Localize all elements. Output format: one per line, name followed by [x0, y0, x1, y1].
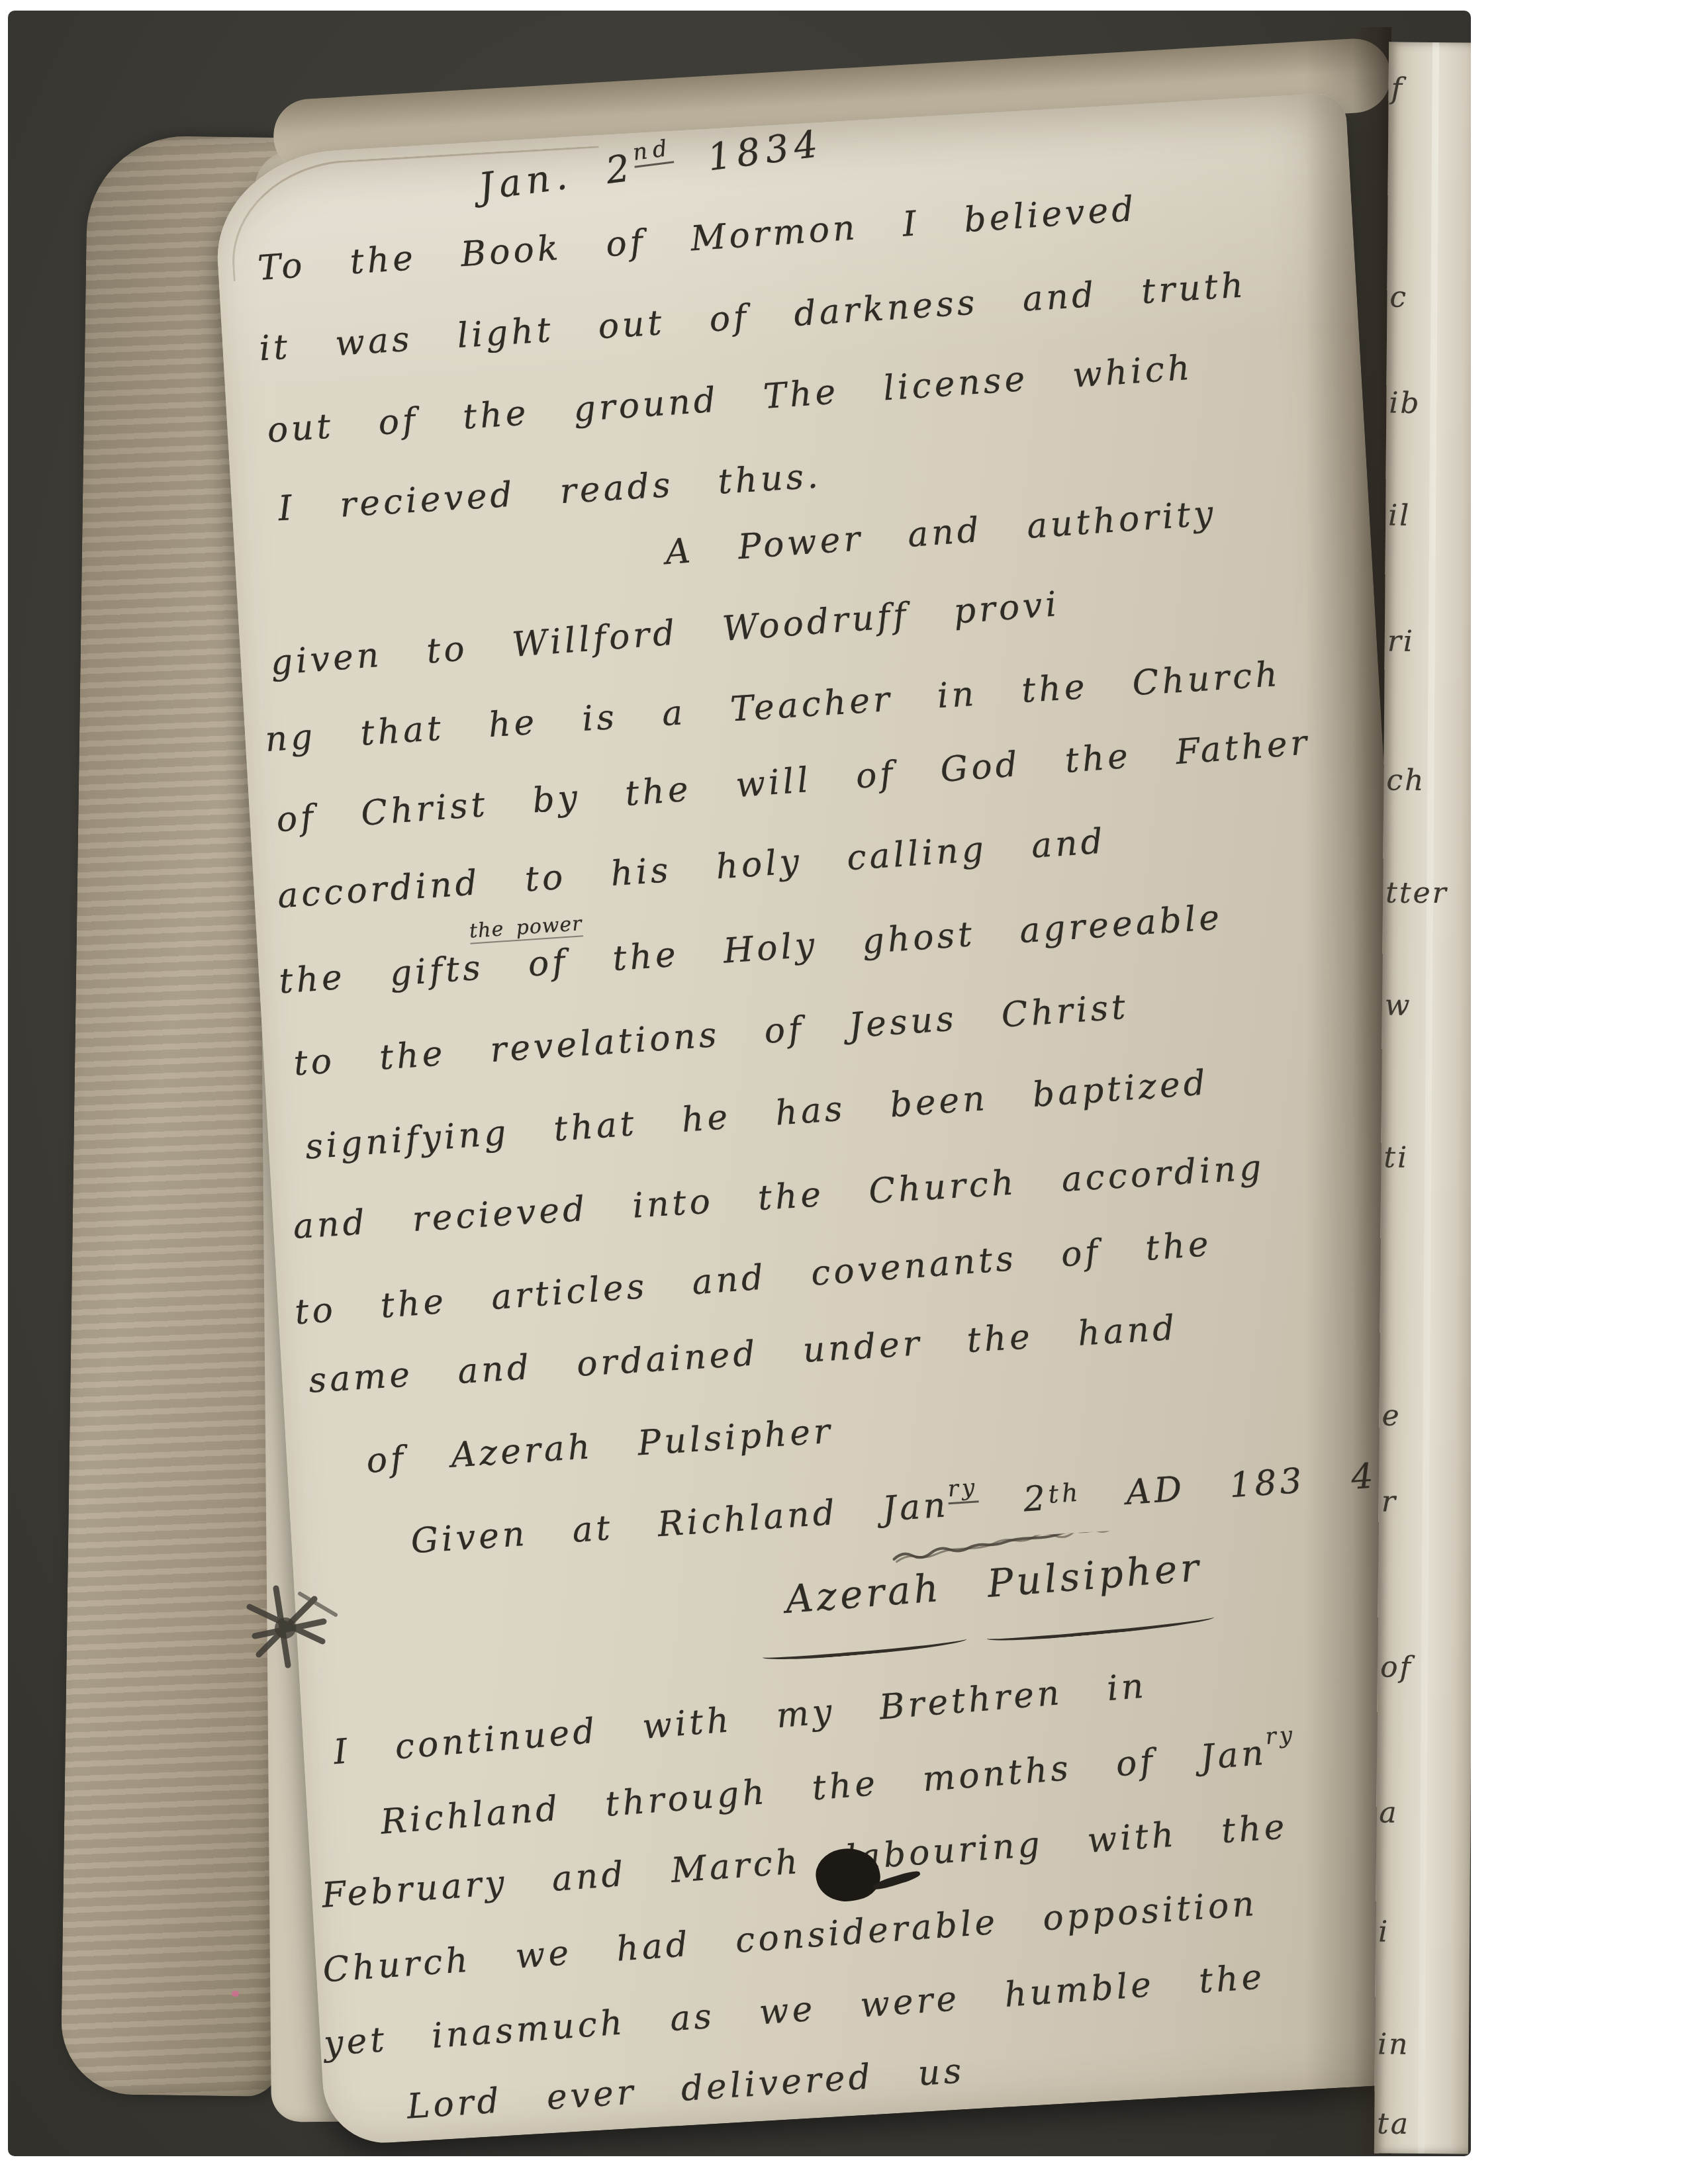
- handwriting-line: of Azerah Pulsipher: [365, 1412, 835, 1481]
- handwriting-line: out of the ground The license which: [266, 348, 1194, 451]
- given-line-pre: Given at Richland Jan: [410, 1485, 951, 1561]
- date-heading-year: 1834: [671, 122, 825, 184]
- signature-underline-flourish: [986, 1612, 1215, 1645]
- facing-page-sliver: f c ib il ri ch tter w ti e r of a i in …: [1374, 42, 1471, 2154]
- handwriting-line: given to Willford Woodruff provi: [269, 584, 1061, 683]
- jan-line-superscript: ry: [1264, 1721, 1296, 1750]
- page-fragment: f: [1391, 72, 1404, 106]
- page-fragment: a: [1379, 1796, 1399, 1830]
- page-fragment: e: [1382, 1399, 1401, 1433]
- pink-fiber-mark: [232, 1991, 239, 1997]
- handwriting-line: To the Book of Mormon I believed: [257, 189, 1139, 289]
- handwriting-line: signifying that he has been baptized: [304, 1063, 1210, 1167]
- gift-line-post: of the Holy ghost agreeable: [527, 897, 1224, 984]
- page-fragment: in: [1378, 2027, 1410, 2061]
- page-fragment: ri: [1387, 625, 1415, 659]
- handwriting-line: Lord ever delivered us: [406, 2051, 966, 2126]
- handwriting-line: same and ordained under the hand: [308, 1308, 1179, 1401]
- page-fragment: il: [1388, 499, 1411, 533]
- given-line-day: 2: [978, 1479, 1050, 1523]
- date-heading-text: Jan. 2: [477, 146, 637, 209]
- handwriting-line-with-insertion: the gifts of the Holy ghost agreeablethe…: [278, 897, 1224, 1001]
- page-fragment: of: [1380, 1651, 1413, 1684]
- page-fragment: i: [1378, 1915, 1389, 1949]
- page-fragment: ti: [1383, 1141, 1409, 1175]
- page-fragment: tter: [1385, 876, 1448, 911]
- jan-superscript: ry: [947, 1474, 978, 1504]
- page-fragment: r: [1382, 1485, 1397, 1519]
- page-fragment: w: [1385, 989, 1412, 1023]
- handwriting-line: to the revelations of Jesus Christ: [293, 987, 1130, 1084]
- asterisk-mark: [236, 1580, 349, 1673]
- interlinear-insertion: the power: [469, 912, 583, 944]
- page-fragment: ib: [1389, 387, 1421, 420]
- handwriting-line: A Power and authority: [664, 494, 1217, 572]
- handwriting-line: I recieved reads thus.: [277, 456, 823, 529]
- page-fragment: c: [1389, 281, 1408, 314]
- day-ordinal-superscript: th: [1047, 1478, 1082, 1509]
- gift-line-pre: the gifts: [278, 945, 530, 1002]
- manuscript-page: Jan. 2nd 1834 To the Book of Mormon I be…: [212, 92, 1460, 2146]
- signature-underline-flourish: [762, 1633, 968, 1663]
- page-fragment: ch: [1386, 764, 1425, 797]
- page-fragment: ta: [1377, 2107, 1410, 2140]
- book-photo-background: Jan. 2nd 1834 To the Book of Mormon I be…: [8, 11, 1471, 2156]
- date-ordinal-superscript: nd: [632, 135, 675, 168]
- handwriting-line: accordind to his holy calling and: [276, 821, 1107, 916]
- handwriting-line: it was light out of darkness and truth: [258, 265, 1248, 369]
- given-line-year: AD 183: [1080, 1461, 1307, 1516]
